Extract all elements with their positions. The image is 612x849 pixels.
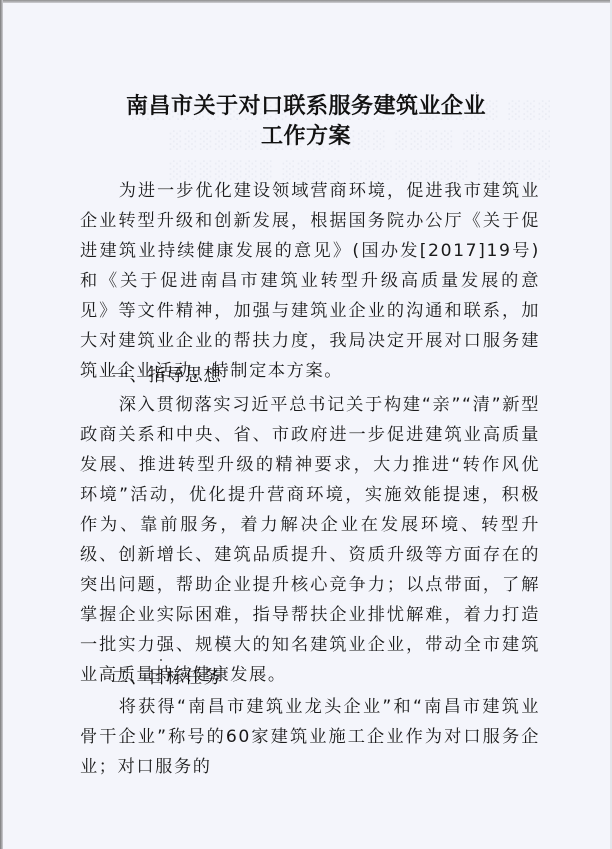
intro-paragraph: 为进一步优化建设领域营商环境，促进我市建筑业企业转型升级和创新发展，根据国务院办… <box>80 176 540 386</box>
scan-speck <box>160 659 162 661</box>
objectives-paragraph: 将获得“南昌市建筑业龙头企业”和“南昌市建筑业骨干企业”称号的60家建筑业施工企… <box>80 692 540 782</box>
guiding-ideology-paragraph: 深入贯彻落实习近平总书记关于构建“亲”“清”新型政商关系和中央、省、市政府进一步… <box>80 390 540 690</box>
section-heading-guiding-ideology: 一、指导思想 <box>111 361 222 391</box>
section-heading-objectives: 二、目标任务 <box>111 663 222 693</box>
document-title-line-2: 工作方案 <box>0 119 612 150</box>
document-title-line-1: 南昌市关于对口联系服务建筑业企业 <box>0 89 612 120</box>
scan-speck <box>476 92 477 93</box>
